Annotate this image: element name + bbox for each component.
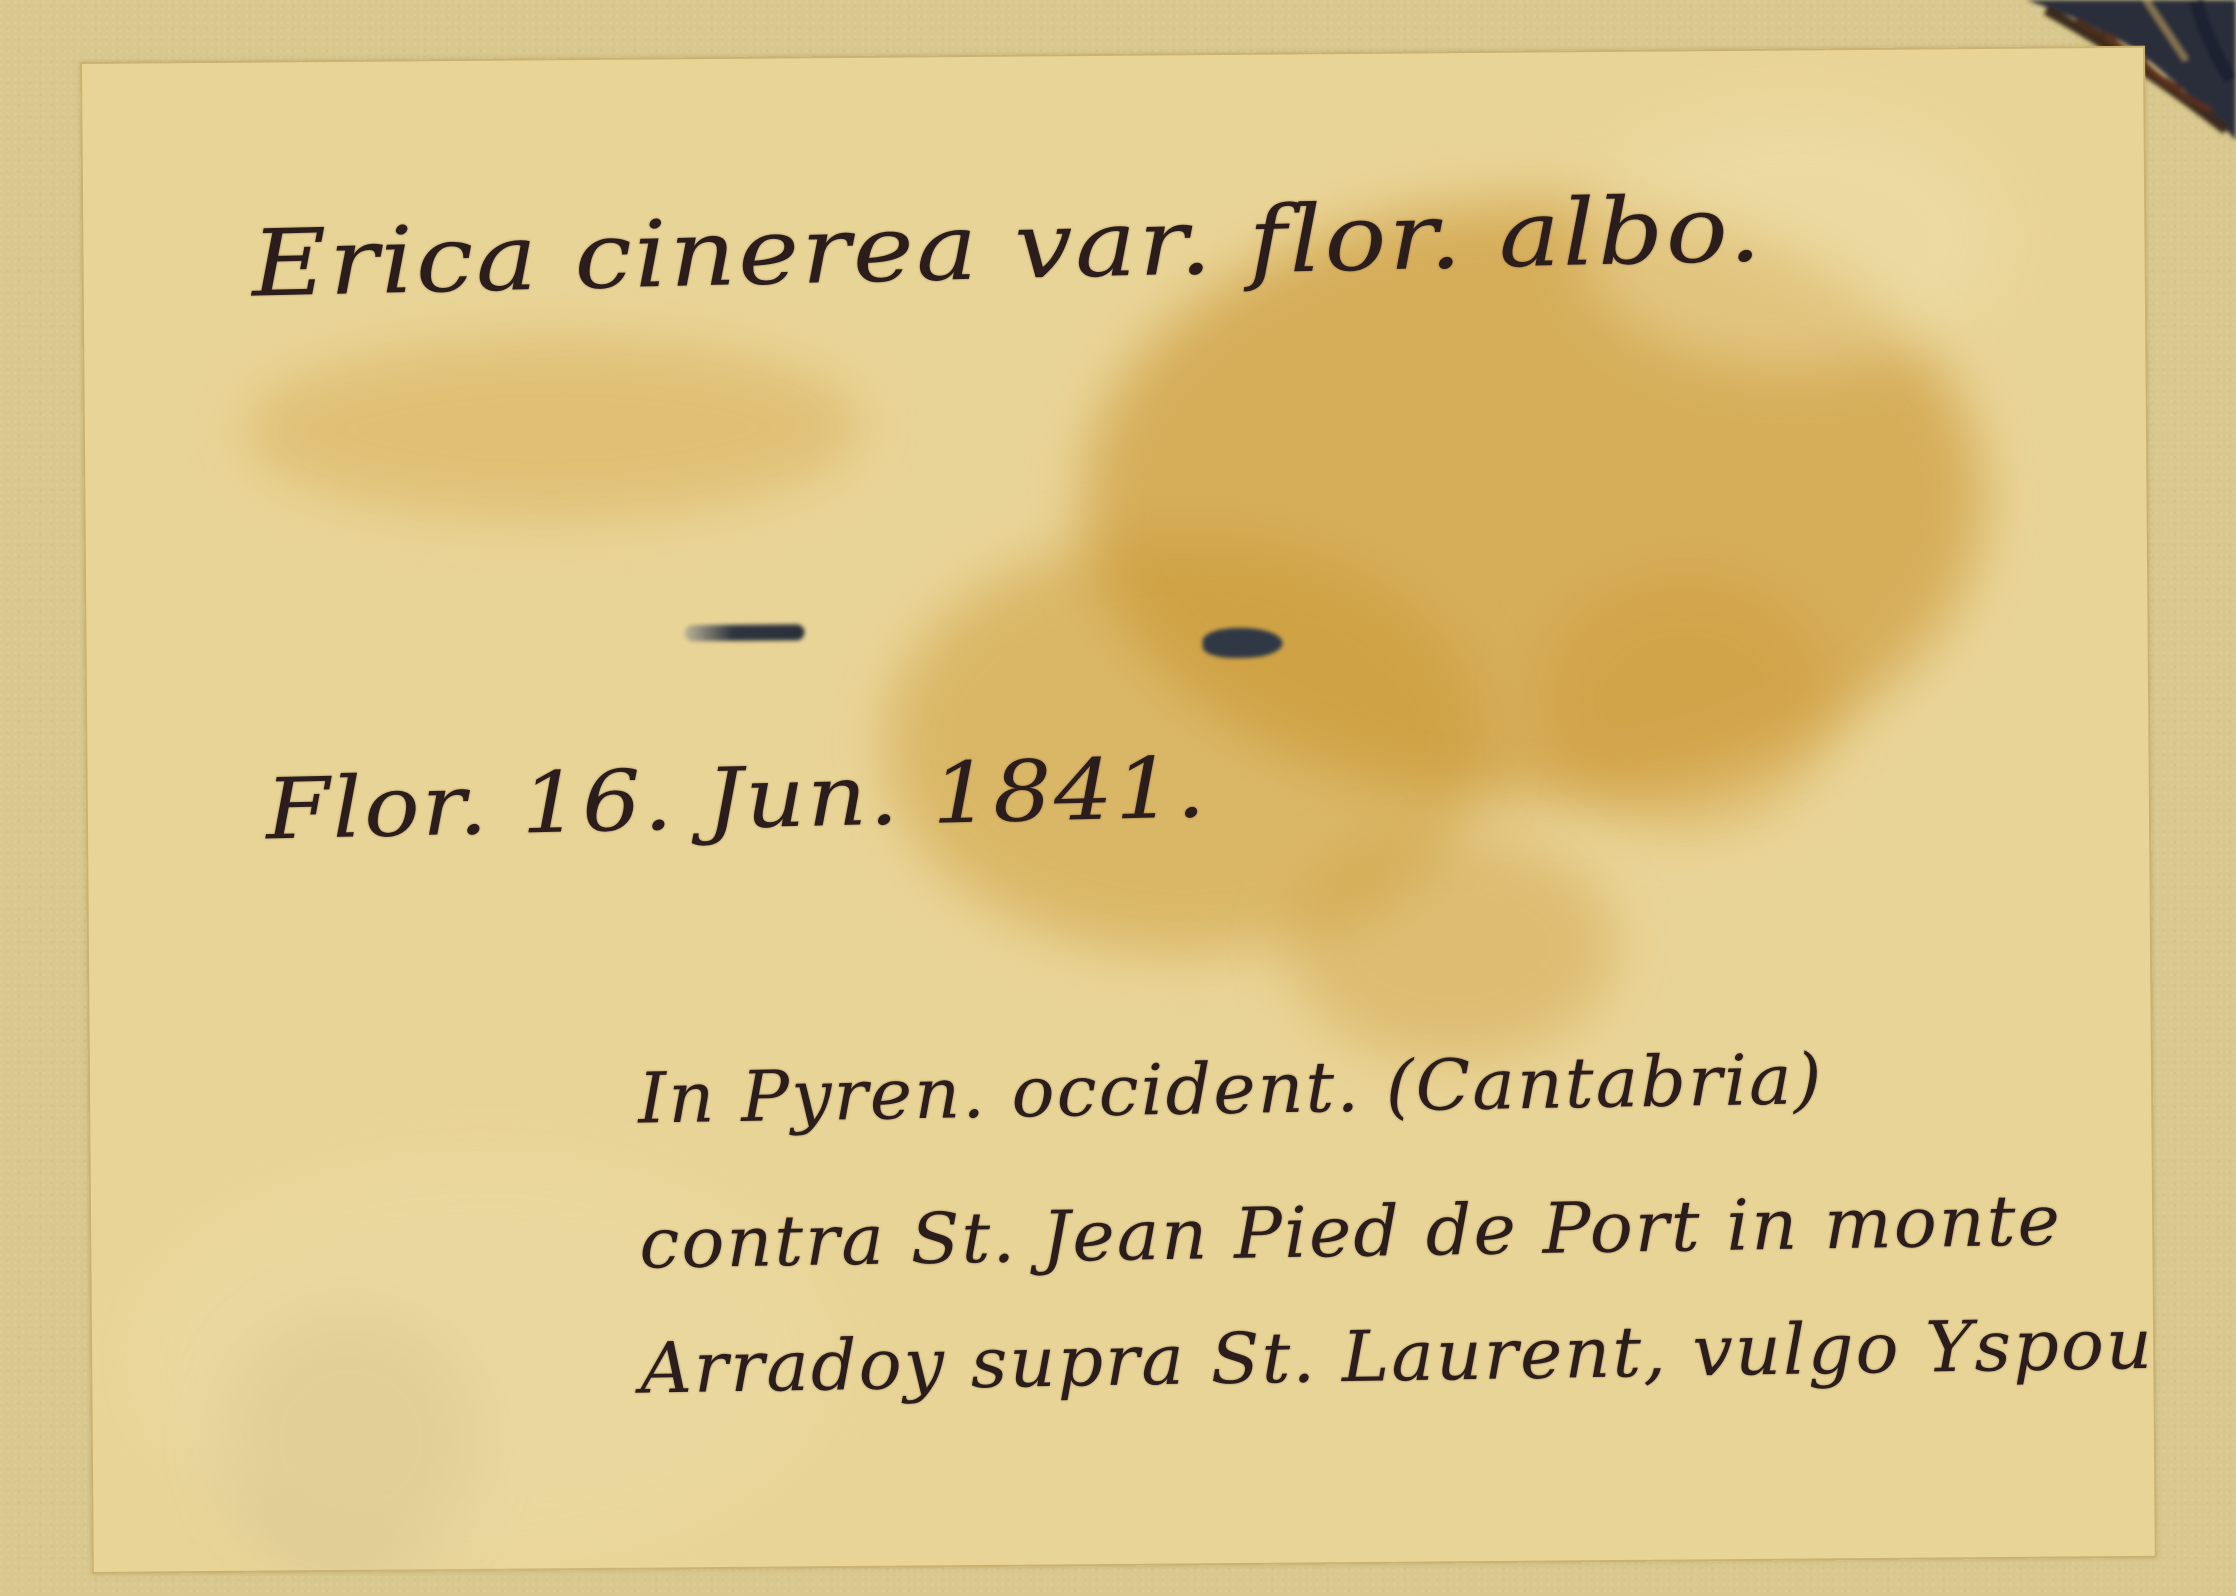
- locality-line-3: Arradoy supra St. Laurent, vulgo Yspour.: [640, 1302, 2157, 1410]
- left-pin-mark: [684, 624, 804, 641]
- herbarium-label: Erica cinerea var. flor. albo. Flor. 16.…: [80, 46, 2157, 1574]
- flowering-date: Flor. 16. Jun. 1841.: [265, 738, 1209, 858]
- water-stain: [242, 336, 863, 521]
- water-stain: [1534, 568, 1836, 830]
- right-pin-mark: [1202, 628, 1282, 659]
- faded-area: [220, 1309, 482, 1571]
- water-stain: [1286, 830, 1618, 1063]
- locality-line-1: In Pyren. occident. (Cantabria): [637, 1038, 1824, 1139]
- locality-line-2: contra St. Jean Pied de Port in monte: [639, 1179, 2063, 1284]
- taxon-name: Erica cinerea var. flor. albo.: [250, 175, 1764, 317]
